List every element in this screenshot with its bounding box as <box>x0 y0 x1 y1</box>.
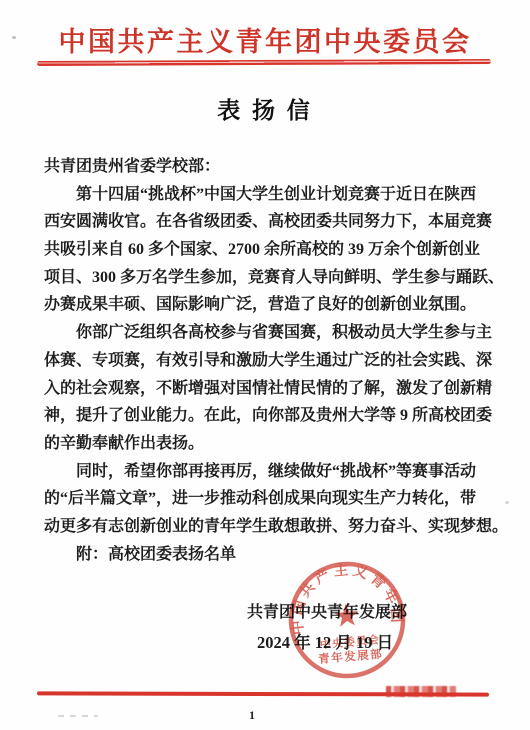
official-seal-stamp: 中国共产主义青年团 中央委员会 青年发展部 <box>255 528 439 712</box>
letterhead-divider <box>37 59 491 66</box>
body-line: 神，提升了创业能力。在此，向你部及贵州大学等 9 所高校团委 <box>44 402 500 430</box>
letter-body: 共青团贵州省委学校部： 第十四届“挑战杯”中国大学生创业计划竞赛于近日在陕西 西… <box>44 153 500 568</box>
body-line: 项目、300 多万名学生参加，竞赛育人导向鲜明、学生参与踊跃、 <box>44 264 500 292</box>
body-line: 西安圆满收官。在各省级团委、高校团委共同努力下，本届竞赛 <box>44 208 500 236</box>
body-line: 你部广泛组织各高校参与省赛国赛，积极动员大学生参与主 <box>44 319 500 347</box>
body-line-salutation: 共青团贵州省委学校部： <box>44 153 500 181</box>
document-page: 中国共产主义青年团中央委员会 表 扬 信 共青团贵州省委学校部： 第十四届“挑战… <box>0 0 530 730</box>
footer-divider <box>37 691 489 696</box>
body-line: 体赛、专项赛，有效引导和激励大学生通过广泛的社会实践、深 <box>44 347 500 375</box>
body-line: 同时，希望你部再接再厉，继续做好“挑战杯”等赛事活动 <box>44 458 500 486</box>
body-line: 的“后半篇文章”，进一步推动科创成果向现实生产力转化，带 <box>44 485 500 513</box>
scan-artifact-dashes <box>58 715 98 717</box>
body-line: 办赛成果丰硕、国际影响广泛，营造了良好的创新创业氛围。 <box>44 291 500 319</box>
body-line: 入的社会观察，不断增强对国情社情民情的了解，激发了创新精 <box>44 375 500 403</box>
body-line: 共吸引来自 60 多个国家、2700 余所高校的 39 万余个创新创业 <box>44 236 500 264</box>
letterhead-title: 中国共产主义青年团中央委员会 <box>0 20 530 59</box>
document-title: 表 扬 信 <box>0 92 530 125</box>
body-line: 第十四届“挑战杯”中国大学生创业计划竞赛于近日在陕西 <box>44 181 500 209</box>
seal-ring-text: 中国共产主义青年团 <box>284 556 407 636</box>
page-number: 1 <box>246 708 258 723</box>
scan-artifact-dot <box>505 501 509 504</box>
seal-star-icon <box>334 603 360 628</box>
body-line: 动更多有志创新创业的青年学生敢想敢拼、努力奋斗、实现梦想。 <box>44 513 500 541</box>
scan-artifact-dot <box>12 36 16 39</box>
body-line: 的辛勤奉献作出表扬。 <box>44 430 500 458</box>
